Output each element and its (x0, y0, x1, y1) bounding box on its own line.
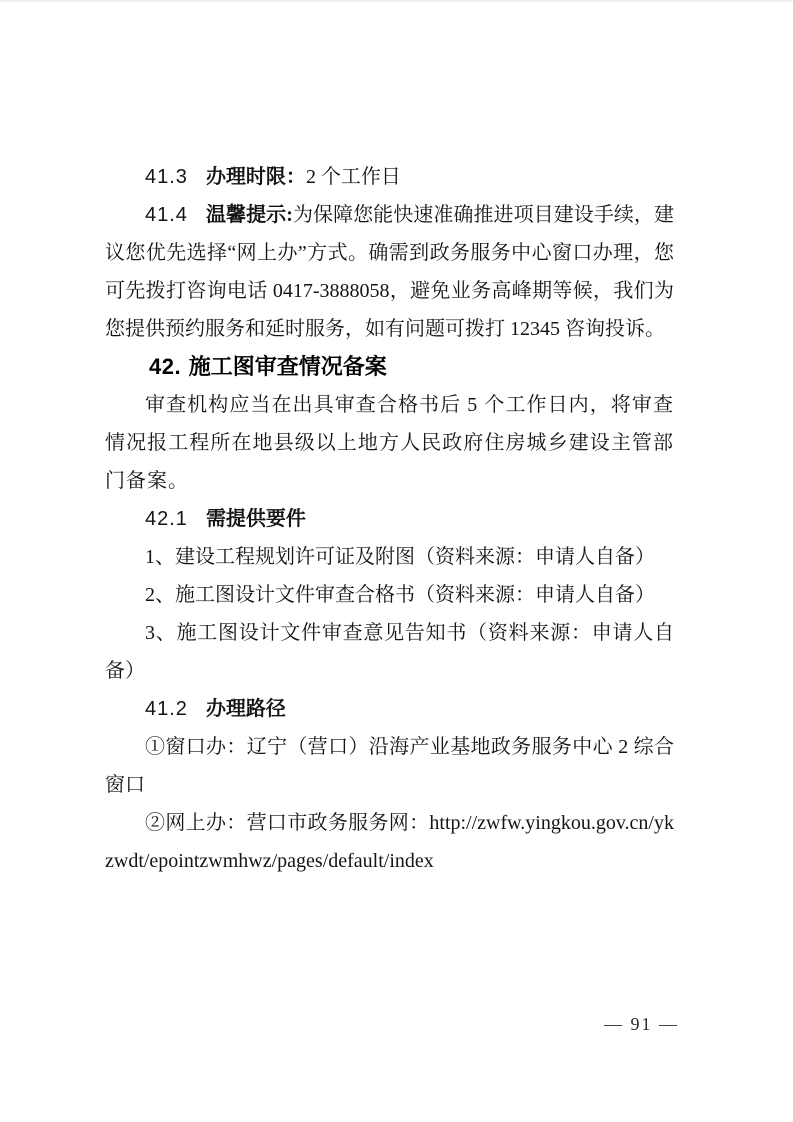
section-number: 42. (149, 354, 181, 379)
subheading-42-1: 42.1需提供要件 (105, 500, 674, 538)
section-text: 2 个工作日 (306, 166, 401, 188)
document-page: 41.3办理时限：2 个工作日 41.4温馨提示:为保障您能快速准确推进项目建设… (0, 0, 793, 1122)
section-text: 为保障您能快速准确推进项目建设手续，建议您优先选择“网上办”方式。确需到政务服务… (105, 204, 674, 340)
requirement-item-1: 1、建设工程规划许可证及附图（资料来源：申请人自备） (105, 538, 674, 576)
section-title: 办理时限： (206, 166, 306, 188)
subheading-41-2: 41.2办理路径 (105, 690, 674, 728)
section-number: 41.2 (145, 698, 188, 720)
requirement-item-2: 2、施工图设计文件审查合格书（资料来源：申请人自备） (105, 576, 674, 614)
path-item-online: ②网上办：营口市政务服务网：http://zwfw.yingkou.gov.cn… (105, 804, 674, 880)
requirement-item-3: 3、施工图设计文件审查意见告知书（资料来源：申请人自备） (105, 614, 674, 690)
paragraph-42-intro: 审查机构应当在出具审查合格书后 5 个工作日内，将审查情况报工程所在地县级以上地… (105, 386, 674, 500)
section-number: 42.1 (145, 508, 188, 530)
section-number: 41.4 (145, 204, 188, 226)
document-body: 41.3办理时限：2 个工作日 41.4温馨提示:为保障您能快速准确推进项目建设… (105, 158, 674, 880)
heading-42: 42.施工图审查情况备案 (105, 348, 674, 386)
path-item-window: ①窗口办：辽宁（营口）沿海产业基地政务服务中心 2 综合窗口 (105, 728, 674, 804)
section-title: 需提供要件 (206, 508, 306, 530)
page-number: — 91 — (604, 1014, 679, 1035)
section-title: 温馨提示: (206, 204, 293, 226)
section-title: 施工图审查情况备案 (189, 354, 387, 379)
section-number: 41.3 (145, 166, 188, 188)
subheading-41-3: 41.3办理时限：2 个工作日 (105, 158, 674, 196)
paragraph-41-4: 41.4温馨提示:为保障您能快速准确推进项目建设手续，建议您优先选择“网上办”方… (105, 196, 674, 348)
section-title: 办理路径 (206, 698, 286, 720)
